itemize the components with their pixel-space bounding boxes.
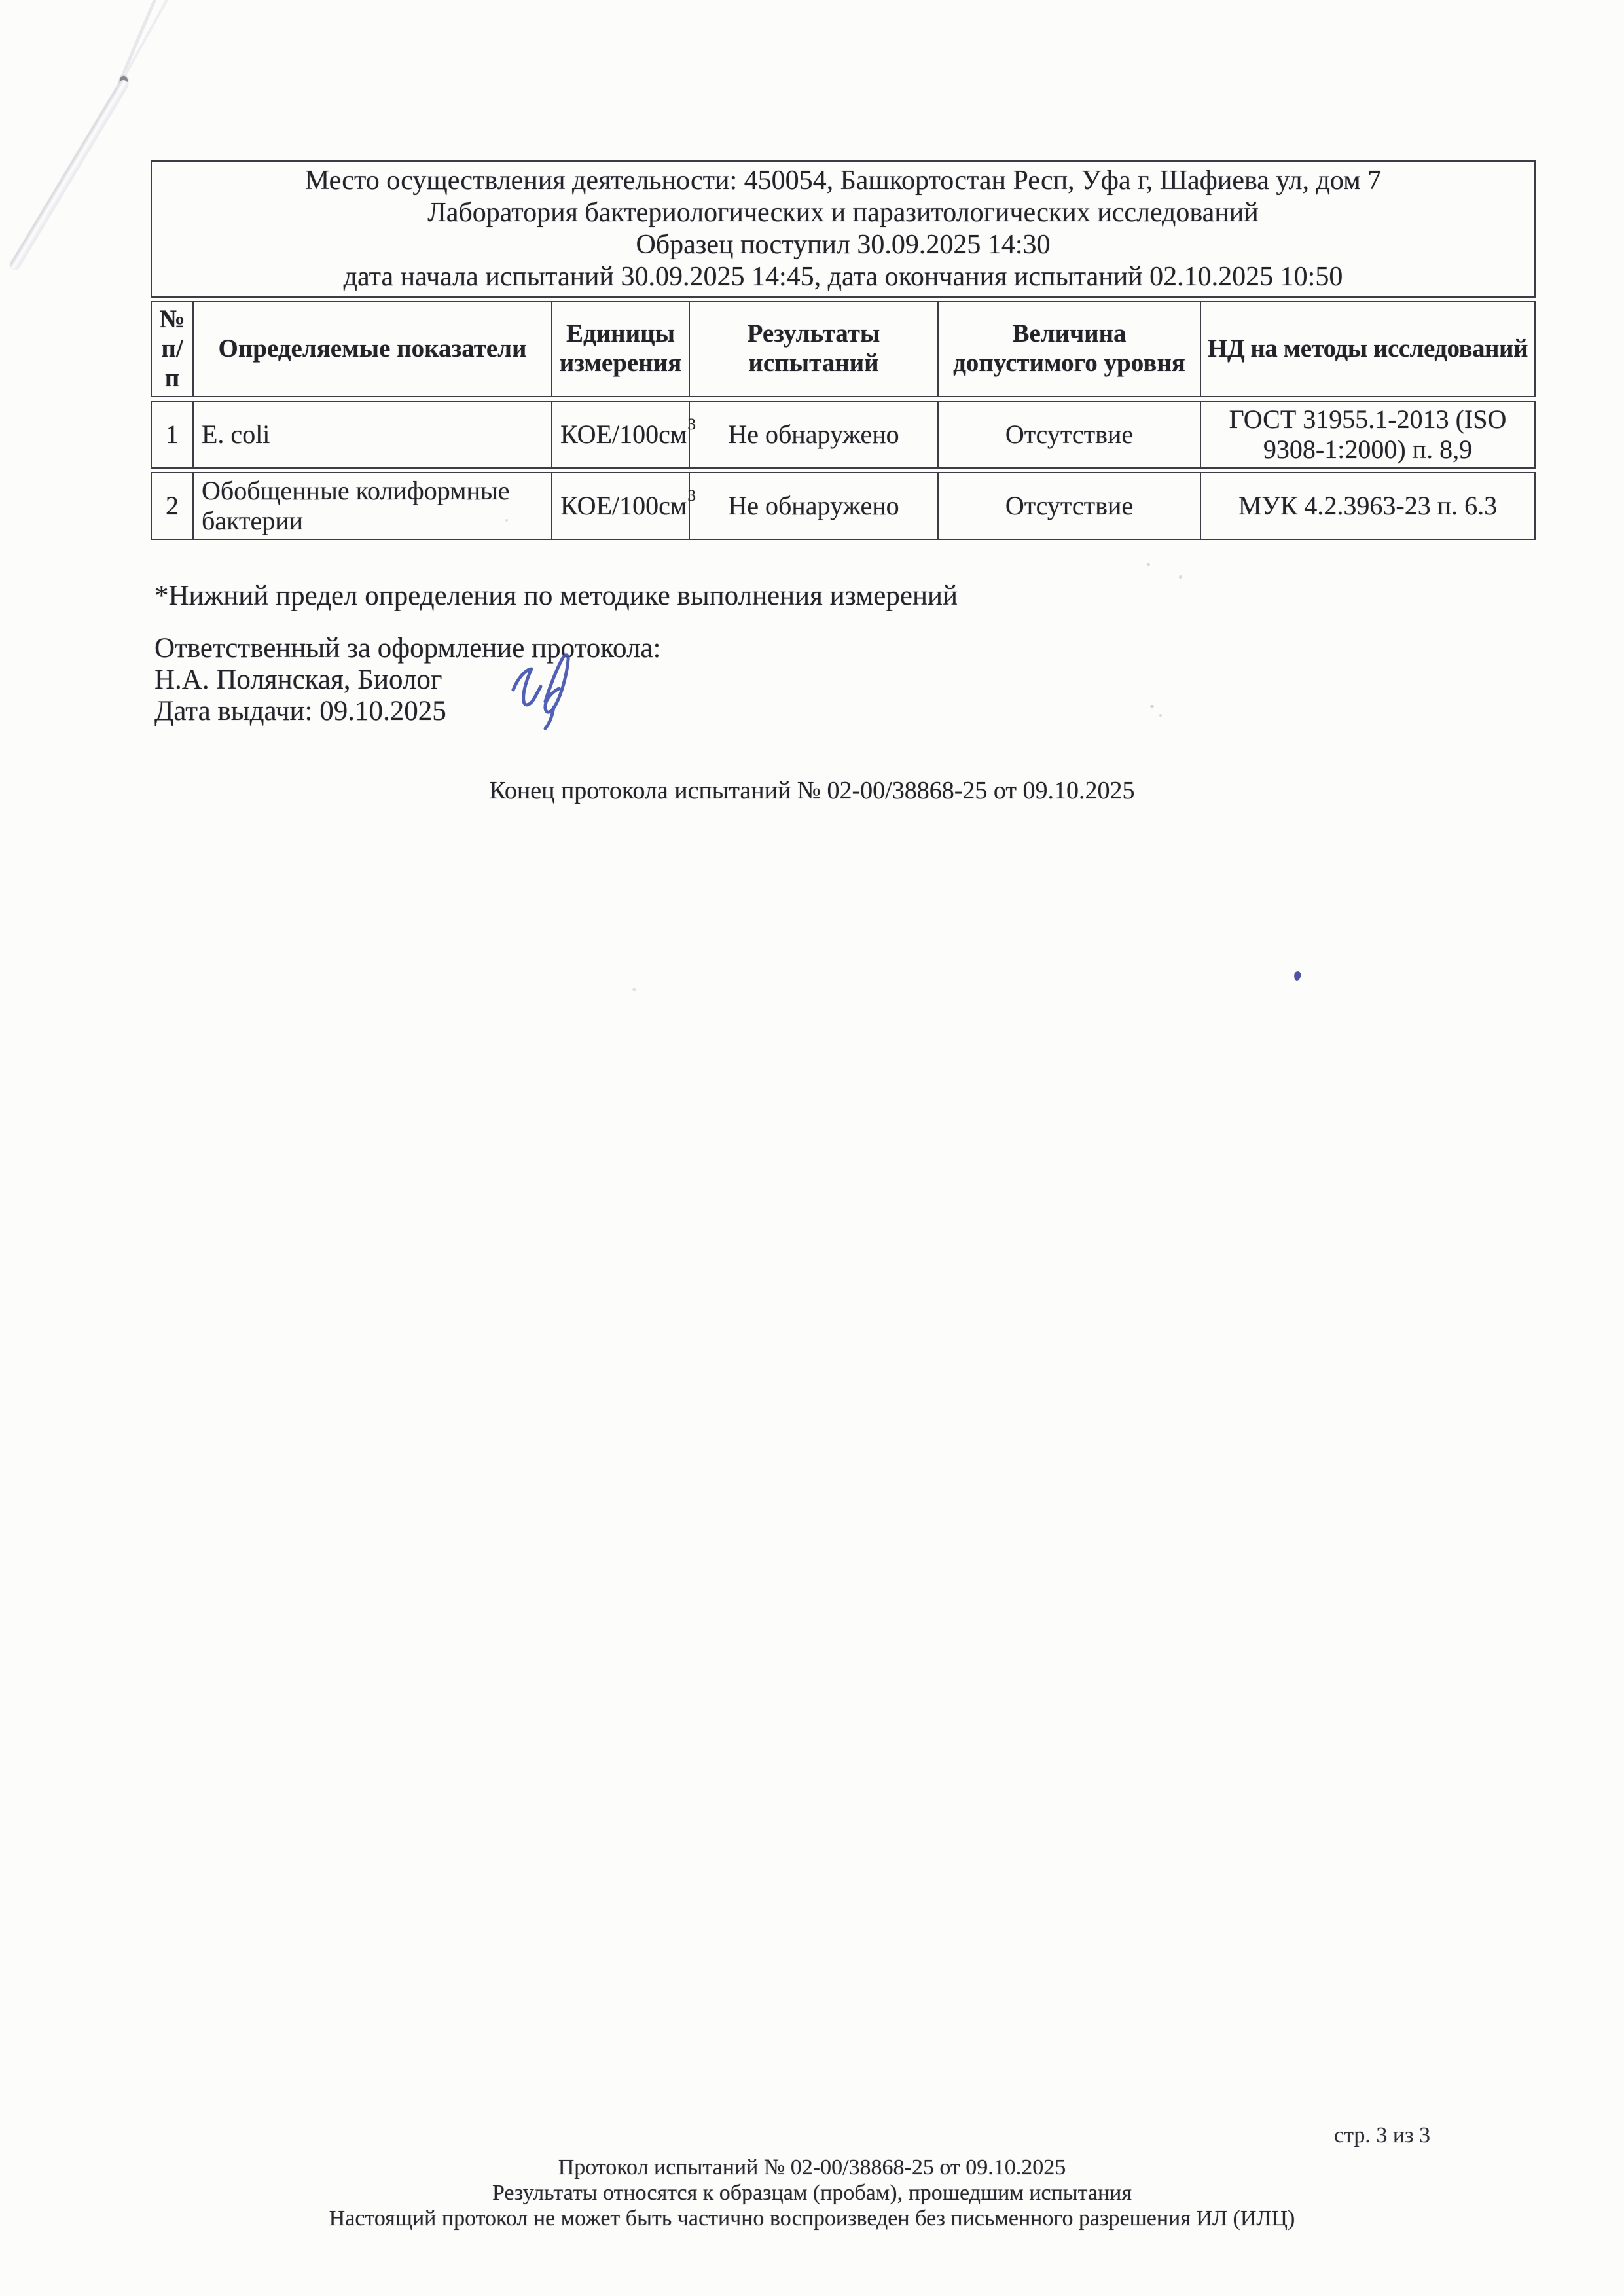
header-line-place: Место осуществления деятельности: 450054… (158, 165, 1528, 197)
column-header-row: № п/п Определяемые показатели Единицы из… (151, 301, 1536, 397)
scan-speck (632, 988, 636, 991)
scan-stick-line (123, 0, 170, 77)
footer-protocol-line: Протокол испытаний № 02-00/38868-25 от 0… (0, 2155, 1624, 2180)
page-number: стр. 3 из 3 (1334, 2123, 1430, 2148)
scan-speck (1150, 705, 1154, 708)
scan-speck (1159, 714, 1162, 717)
column-header-method-docs: НД на методы исследований (1200, 301, 1536, 397)
cell-allowed-level: Отсутствие (937, 472, 1201, 540)
cell-units: КОЕ/100см3 (551, 401, 690, 469)
cell-result: Не обнаружено (689, 401, 939, 469)
footer-copyright-line: Настоящий протокол не может быть частичн… (0, 2206, 1624, 2231)
cell-number: 1 (151, 401, 194, 469)
header-line-test-dates: дата начала испытаний 30.09.2025 14:45, … (158, 261, 1528, 293)
scan-stick-line (118, 0, 158, 84)
cell-allowed-level: Отсутствие (937, 401, 1201, 469)
scan-speck (505, 519, 508, 522)
cell-indicator: E. coli (192, 401, 552, 469)
table-row: 1 E. coli КОЕ/100см3 Не обнаружено Отсут… (151, 401, 1536, 469)
column-header-results: Результаты испытаний (689, 301, 939, 397)
column-header-allowed-level: Величина допустимого уровня (937, 301, 1201, 397)
cell-method: МУК 4.2.3963-23 п. 6.3 (1200, 472, 1536, 540)
column-header-indicator: Определяемые показатели (192, 301, 552, 397)
footer-results-line: Результаты относятся к образцам (пробам)… (0, 2180, 1624, 2206)
footer-block: Протокол испытаний № 02-00/38868-25 от 0… (0, 2155, 1624, 2231)
column-header-units: Единицы измерения (551, 301, 690, 397)
units-superscript: 3 (687, 486, 696, 505)
cell-units: КОЕ/100см3 (551, 472, 690, 540)
header-line-laboratory: Лаборатория бактериологических и паразит… (158, 197, 1528, 229)
column-header-number: № п/п (151, 301, 194, 397)
results-table: Место осуществления деятельности: 450054… (151, 160, 1536, 540)
ink-dot (1293, 971, 1301, 981)
issue-date: Дата выдачи: 09.10.2025 (154, 695, 446, 727)
cell-number: 2 (151, 472, 194, 540)
responsible-name: Н.А. Полянская, Биолог (154, 664, 442, 696)
table-header-block: Место осуществления деятельности: 450054… (151, 160, 1536, 298)
cell-indicator: Обобщенные колиформные бактерии (192, 472, 552, 540)
units-base: КОЕ/100см (560, 420, 687, 450)
units-superscript: 3 (687, 414, 696, 433)
signature-scribble (508, 649, 586, 734)
document-page: Место осуществления деятельности: 450054… (0, 0, 1624, 2296)
scan-speck (1147, 563, 1150, 566)
scan-speck (1179, 575, 1182, 579)
units-base: КОЕ/100см (560, 491, 687, 521)
scan-stick-body (9, 78, 130, 270)
cell-result: Не обнаружено (689, 472, 939, 540)
footnote: *Нижний предел определения по методике в… (154, 580, 958, 612)
header-line-sample-received: Образец поступил 30.09.2025 14:30 (158, 229, 1528, 261)
cell-method: ГОСТ 31955.1-2013 (ISO 9308-1:2000) п. 8… (1200, 401, 1536, 469)
end-of-protocol-line: Конец протокола испытаний № 02-00/38868-… (0, 776, 1624, 805)
table-row: 2 Обобщенные колиформные бактерии КОЕ/10… (151, 472, 1536, 540)
